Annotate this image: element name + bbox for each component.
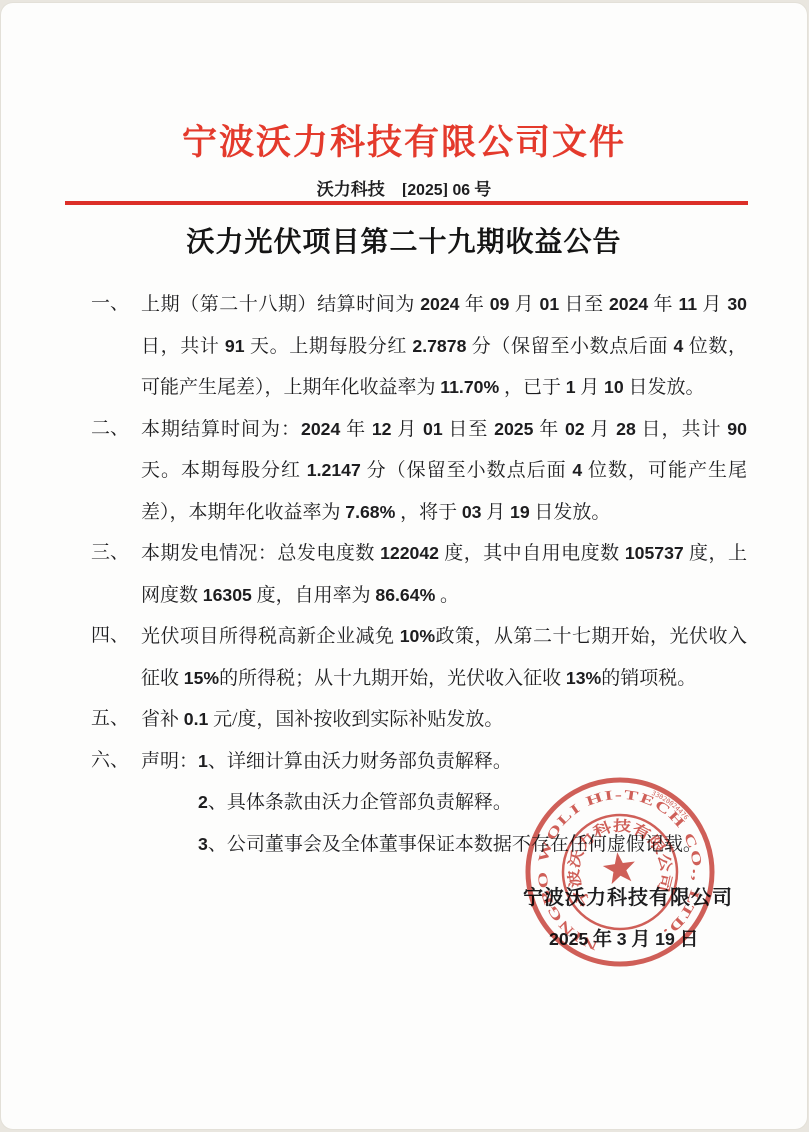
paragraph-2: 二、 本期结算时间为：2024 年 12 月 01 日至 2025 年 02 月…	[91, 409, 747, 534]
paragraph-5-label: 五、	[91, 699, 129, 740]
doc-title: 沃力光伏项目第二十九期收益公告	[1, 220, 807, 260]
document-page: 宁波沃力科技有限公司文件 沃力科技 [2025] 06 号 沃力光伏项目第二十九…	[1, 3, 807, 1129]
paragraph-4: 四、 光伏项目所得税高新企业减免 10%政策，从第二十七期开始，光伏收入征收 1…	[91, 616, 747, 699]
company-seal-stamp: NINGBO WOLI HI-TECH CO., LTD. 宁波沃力科技有限公司…	[507, 759, 733, 985]
paragraph-1-label: 一、	[91, 284, 129, 325]
paragraph-1: 一、 上期（第二十八期）结算时间为 2024 年 09 月 01 日至 2024…	[91, 284, 747, 409]
paragraph-2-label: 二、	[91, 409, 129, 450]
paragraph-6-label: 六、	[91, 741, 129, 782]
paragraph-1-text: 上期（第二十八期）结算时间为 2024 年 09 月 01 日至 2024 年 …	[141, 294, 747, 398]
paragraph-3: 三、 本期发电情况：总发电度数 122042 度，其中自用电度数 105737 …	[91, 533, 747, 616]
paragraph-5: 五、 省补 0.1 元/度，国补按收到实际补贴发放。	[91, 699, 747, 741]
doc-number: 沃力科技 [2025] 06 号	[1, 175, 807, 200]
paragraph-4-text: 光伏项目所得税高新企业减免 10%政策，从第二十七期开始，光伏收入征收 15%的…	[141, 626, 747, 689]
stamp-star-icon	[601, 850, 637, 885]
paragraph-2-text: 本期结算时间为：2024 年 12 月 01 日至 2025 年 02 月 28…	[141, 419, 747, 523]
red-divider	[65, 201, 748, 205]
paragraph-4-label: 四、	[91, 616, 129, 657]
paragraph-6-intro: 声明：	[141, 751, 198, 772]
paragraph-6-subitem-1: 1、详细计算由沃力财务部负责解释。	[198, 751, 512, 772]
paragraph-3-text: 本期发电情况：总发电度数 122042 度，其中自用电度数 105737 度，上…	[141, 543, 747, 606]
org-title: 宁波沃力科技有限公司文件	[1, 115, 807, 165]
paragraph-3-label: 三、	[91, 533, 129, 574]
paragraph-5-text: 省补 0.1 元/度，国补按收到实际补贴发放。	[141, 709, 503, 730]
